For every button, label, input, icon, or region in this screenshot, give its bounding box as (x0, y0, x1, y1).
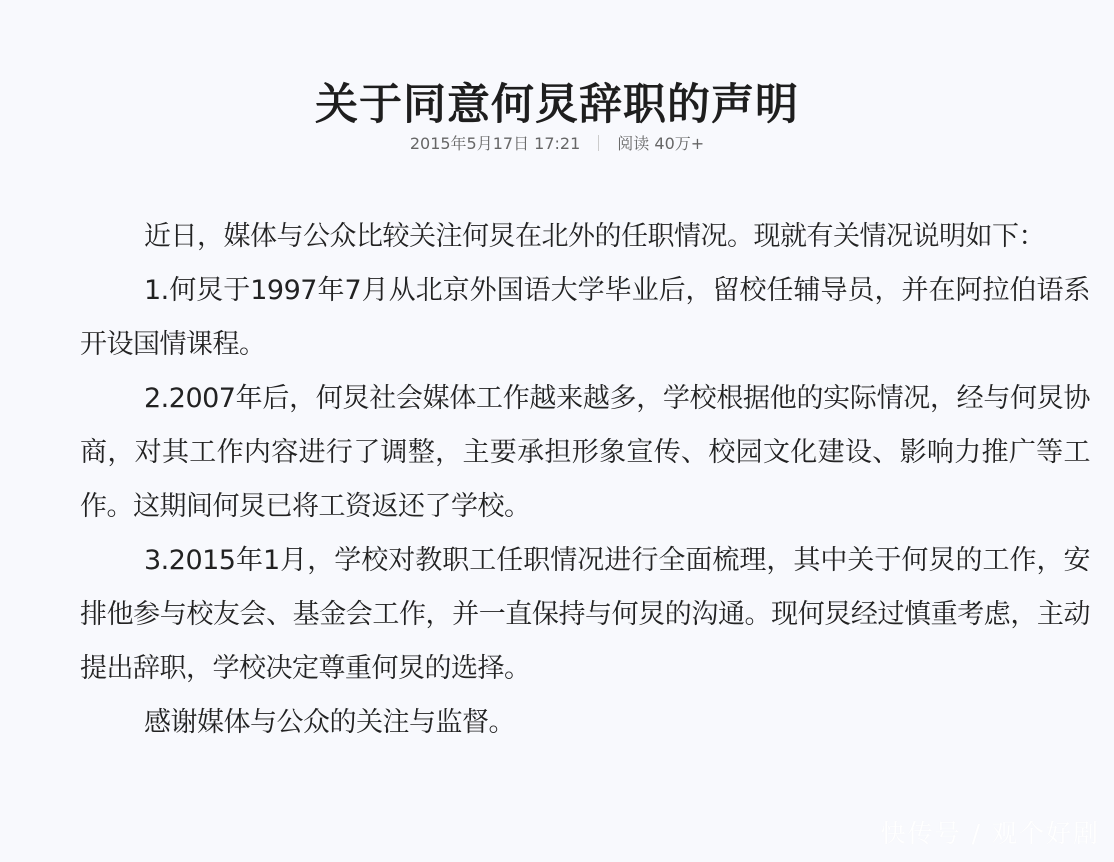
article-meta: 2015年5月17日 17:21阅读 40万+ (0, 130, 1114, 158)
paragraph-item-2: 2.2007年后，何炅社会媒体工作越来越多，学校根据他的实际情况，经与何炅协商，… (80, 372, 1090, 534)
article-title: 关于同意何炅辞职的声明 (0, 75, 1114, 135)
publish-datetime: 2015年5月17日 17:21 (410, 134, 580, 153)
paragraph-intro: 近日，媒体与公众比较关注何炅在北外的任职情况。现就有关情况说明如下： (80, 210, 1090, 264)
paragraph-closing: 感谢媒体与公众的关注与监督。 (80, 696, 1090, 750)
read-count: 阅读 40万+ (617, 134, 704, 153)
paragraph-item-1: 1.何炅于1997年7月从北京外国语大学毕业后，留校任辅导员，并在阿拉伯语系开设… (80, 264, 1090, 372)
paragraph-item-3: 3.2015年1月，学校对教职工任职情况进行全面梳理，其中关于何炅的工作，安排他… (80, 534, 1090, 696)
meta-divider (598, 135, 599, 151)
watermark: 快传号 / 观个好剧 (881, 814, 1100, 850)
article-body: 近日，媒体与公众比较关注何炅在北外的任职情况。现就有关情况说明如下： 1.何炅于… (80, 210, 1090, 750)
